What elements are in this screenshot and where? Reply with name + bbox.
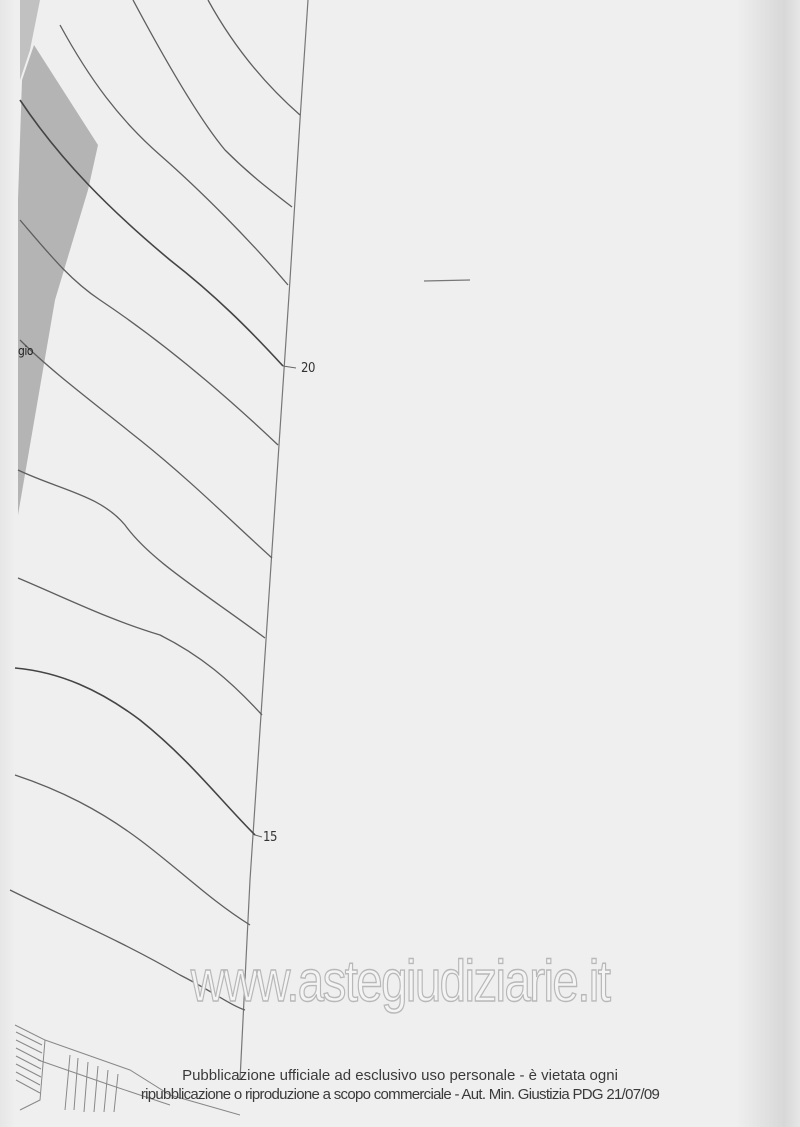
legal-notice-line-2: ripubblicazione o riproduzione a scopo c… [0, 1085, 800, 1104]
boundary-line [240, 0, 308, 1080]
arrow-mark [424, 280, 470, 281]
place-label-fragment: gio [18, 344, 33, 358]
contour-tick-15 [255, 835, 262, 837]
map-sheet: 20 15 gio www.astegiudiziarie.it Pubblic… [0, 0, 800, 1127]
legal-notice: Pubblicazione ufficiale ad esclusivo uso… [0, 1066, 800, 1104]
contour-label-20: 20 [301, 361, 315, 376]
legal-notice-line-1: Pubblicazione ufficiale ad esclusivo uso… [0, 1066, 800, 1085]
contour-tick-20 [283, 366, 296, 368]
watermark-url: www.astegiudiziarie.it [72, 948, 728, 1015]
contour-label-15: 15 [263, 830, 277, 845]
